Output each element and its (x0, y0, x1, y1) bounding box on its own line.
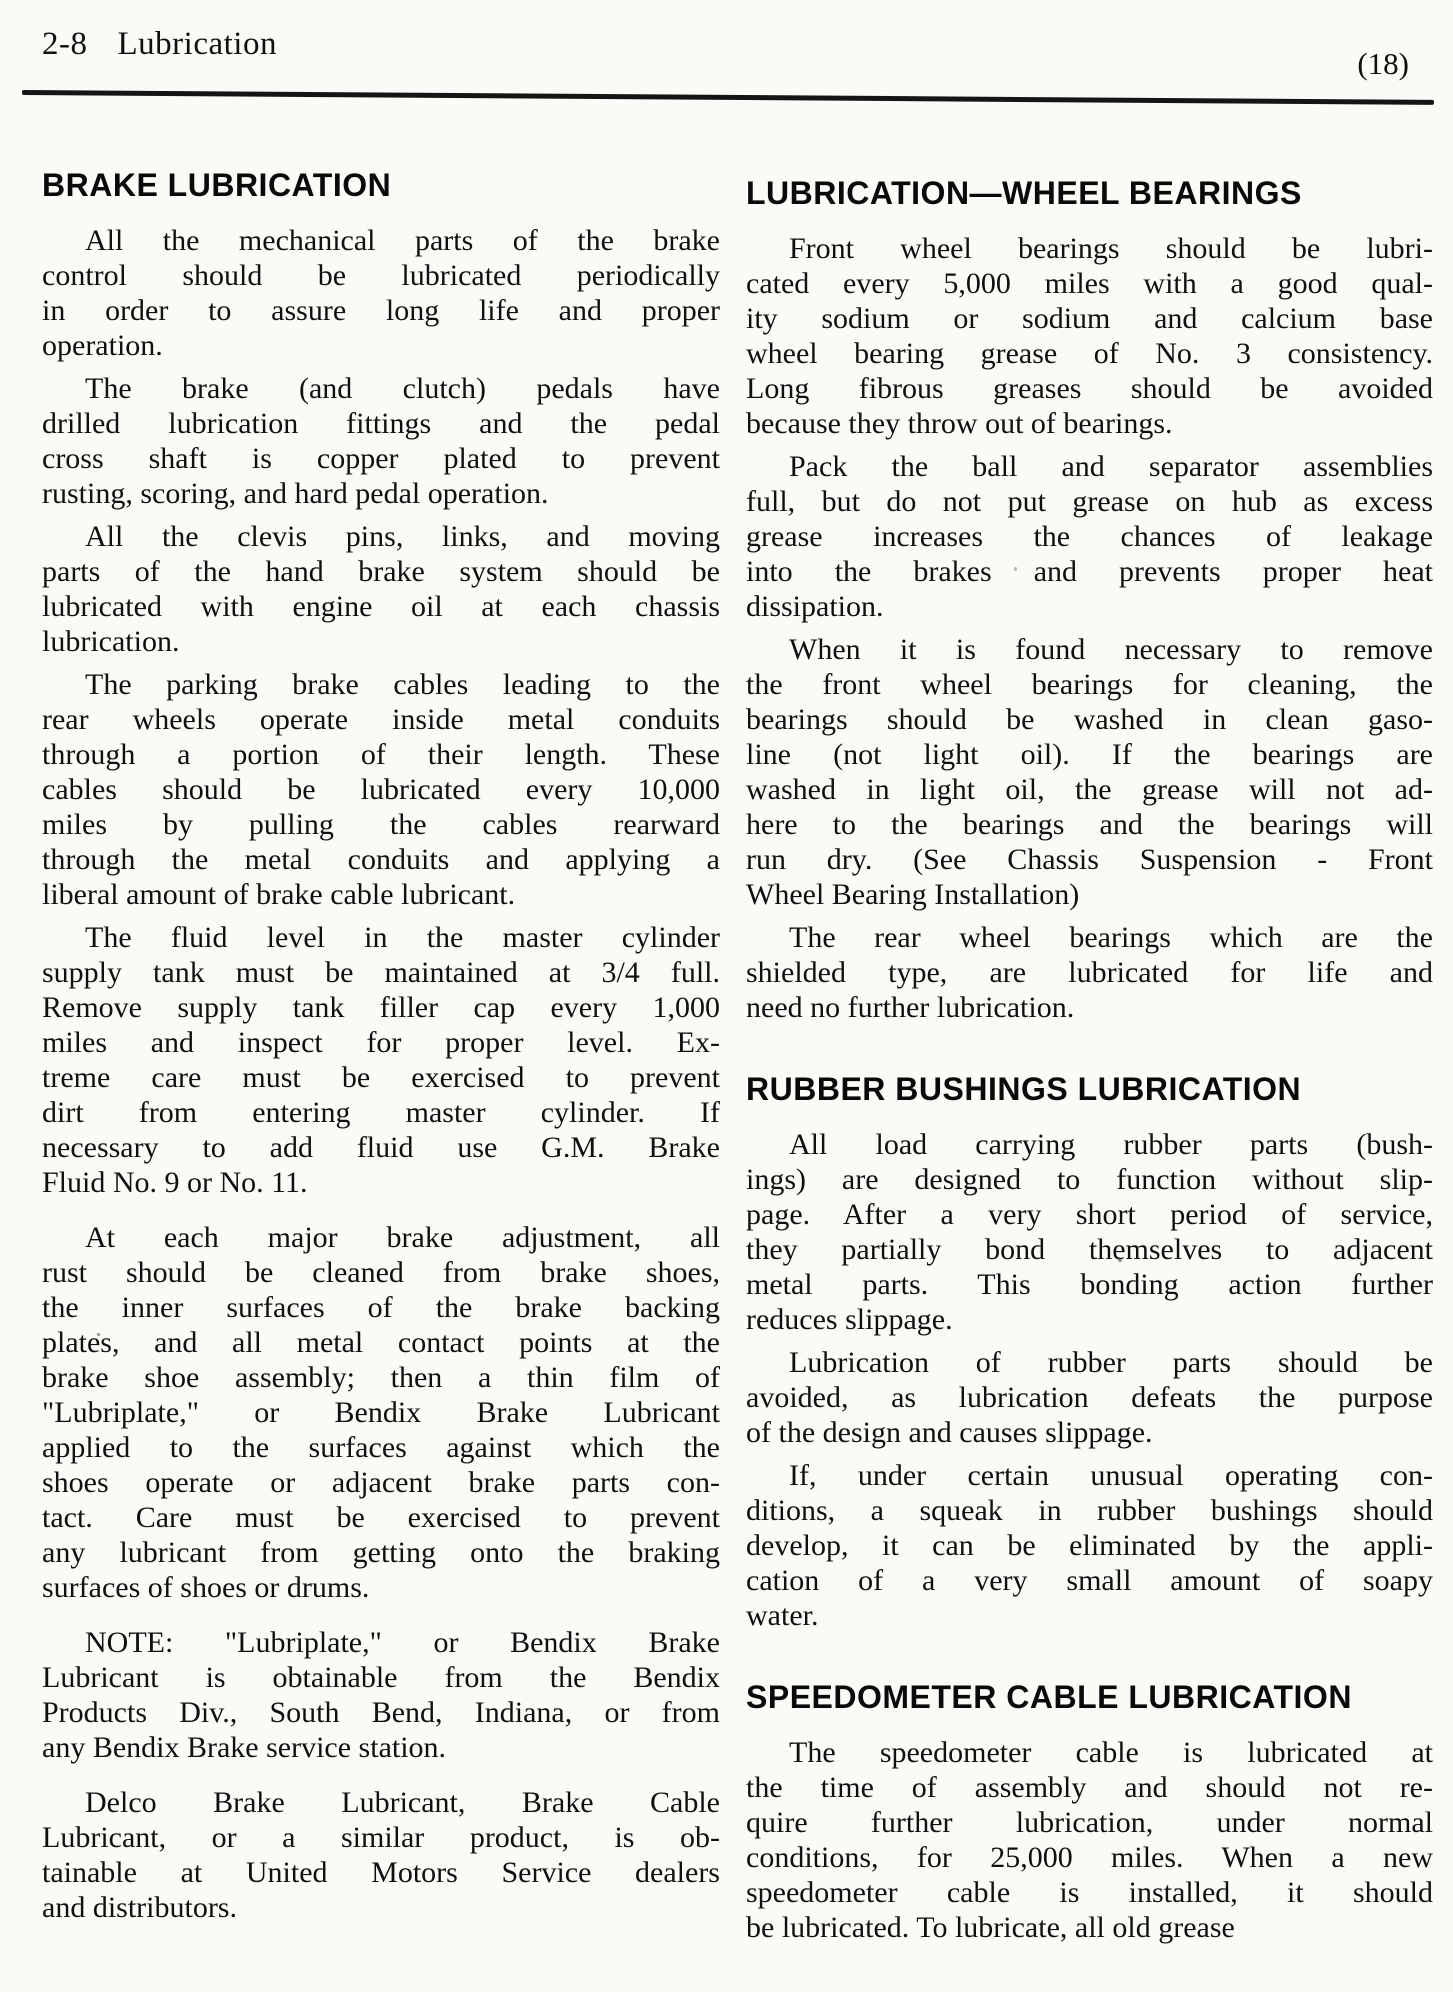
section: LUBRICATION—WHEEL BEARINGSFront wheel be… (746, 173, 1433, 1025)
text-line: be lubricated. To lubricate, all old gre… (746, 1910, 1433, 1945)
section-heading: SPEEDOMETER CABLE LUBRICATION (746, 1677, 1433, 1717)
paragraph: The rear wheel bearings which are theshi… (746, 920, 1433, 1025)
text-line: into the brakes and prevents proper heat (746, 554, 1433, 589)
text-line: Lubrication of rubber parts should be (746, 1345, 1433, 1380)
text-line: page. After a very short period of servi… (746, 1197, 1433, 1232)
text-line: miles and inspect for proper level. Ex- (42, 1025, 720, 1060)
text-line: Fluid No. 9 or No. 11. (42, 1165, 720, 1200)
text-line: the front wheel bearings for cleaning, t… (746, 667, 1433, 702)
section-heading: LUBRICATION—WHEEL BEARINGS (746, 173, 1433, 213)
text-line: wheel bearing grease of No. 3 consistenc… (746, 336, 1433, 371)
text-line: surfaces of shoes or drums. (42, 1570, 720, 1605)
text-line: need no further lubrication. (746, 990, 1433, 1025)
header-left: 2-8Lubrication (42, 26, 1413, 63)
text-line: Remove supply tank filler cap every 1,00… (42, 990, 720, 1025)
text-line: cation of a very small amount of soapy (746, 1563, 1433, 1598)
paragraph: All the clevis pins, links, and movingpa… (42, 519, 720, 659)
text-line: any Bendix Brake service station. (42, 1730, 720, 1765)
paragraph: At each major brake adjustment, allrust … (42, 1220, 720, 1605)
text-line: rusting, scoring, and hard pedal operati… (42, 476, 720, 511)
text-line: any lubricant from getting onto the brak… (42, 1535, 720, 1570)
text-line: lubrication. (42, 624, 720, 659)
text-line: rear wheels operate inside metal conduit… (42, 702, 720, 737)
paragraph: The brake (and clutch) pedals havedrille… (42, 371, 720, 511)
text-line: When it is found necessary to remove (746, 632, 1433, 667)
text-line: Lubricant, or a similar product, is ob- (42, 1820, 720, 1855)
text-line: The brake (and clutch) pedals have (42, 371, 720, 406)
text-line: "Lubriplate," or Bendix Brake Lubricant (42, 1395, 720, 1430)
section-title: Lubrication (118, 26, 277, 62)
paragraph: All load carrying rubber parts (bush-ing… (746, 1127, 1433, 1337)
text-line: operation. (42, 328, 720, 363)
paragraph: The speedometer cable is lubricated atth… (746, 1735, 1433, 1945)
paragraph: Delco Brake Lubricant, Brake CableLubric… (42, 1785, 720, 1925)
text-line: run dry. (See Chassis Suspension - Front (746, 842, 1433, 877)
text-line: If, under certain unusual operating con- (746, 1458, 1433, 1493)
paragraph: The fluid level in the master cylindersu… (42, 920, 720, 1200)
text-line: applied to the surfaces against which th… (42, 1430, 720, 1465)
text-line: The fluid level in the master cylinder (42, 920, 720, 955)
text-line: bearings should be washed in clean gaso- (746, 702, 1433, 737)
text-line: ditions, a squeak in rubber bushings sho… (746, 1493, 1433, 1528)
scan-speck (97, 1333, 100, 1336)
text-line: shoes operate or adjacent brake parts co… (42, 1465, 720, 1500)
text-line: Long fibrous greases should be avoided (746, 371, 1433, 406)
section-number: 2-8 (42, 26, 88, 62)
right-column: LUBRICATION—WHEEL BEARINGSFront wheel be… (746, 165, 1433, 1953)
text-line: the time of assembly and should not re- (746, 1770, 1433, 1805)
paragraph: When it is found necessary to removethe … (746, 632, 1433, 912)
text-line: full, but do not put grease on hub as ex… (746, 484, 1433, 519)
left-column: BRAKE LUBRICATIONAll the mechanical part… (42, 165, 720, 1953)
text-line: The parking brake cables leading to the (42, 667, 720, 702)
text-line: washed in light oil, the grease will not… (746, 772, 1433, 807)
paragraph: The parking brake cables leading to ther… (42, 667, 720, 912)
section: RUBBER BUSHINGS LUBRICATIONAll load carr… (746, 1069, 1433, 1633)
text-line: Pack the ball and separator assemblies (746, 449, 1433, 484)
text-line: through the metal conduits and applying … (42, 842, 720, 877)
text-line: ity sodium or sodium and calcium base (746, 301, 1433, 336)
text-line: The speedometer cable is lubricated at (746, 1735, 1433, 1770)
scan-speck (1014, 567, 1017, 571)
paragraph: Lubrication of rubber parts should beavo… (746, 1345, 1433, 1450)
text-line: NOTE: "Lubriplate," or Bendix Brake (42, 1625, 720, 1660)
text-line: shielded type, are lubricated for life a… (746, 955, 1433, 990)
text-line: line (not light oil). If the bearings ar… (746, 737, 1433, 772)
text-line: Lubricant is obtainable from the Bendix (42, 1660, 720, 1695)
text-line: they partially bond themselves to adjace… (746, 1232, 1433, 1267)
text-line: through a portion of their length. These (42, 737, 720, 772)
text-line: rust should be cleaned from brake shoes, (42, 1255, 720, 1290)
text-line: because they throw out of bearings. (746, 406, 1433, 441)
text-line: dirt from entering master cylinder. If (42, 1095, 720, 1130)
text-line: grease increases the chances of leakage (746, 519, 1433, 554)
section: SPEEDOMETER CABLE LUBRICATIONThe speedom… (746, 1677, 1433, 1945)
text-line: At each major brake adjustment, all (42, 1220, 720, 1255)
text-line: tact. Care must be exercised to prevent (42, 1500, 720, 1535)
page-header: 2-8Lubrication (18) (42, 26, 1413, 86)
paragraph: Front wheel bearings should be lubri-cat… (746, 231, 1433, 441)
text-line: Wheel Bearing Installation) (746, 877, 1433, 912)
text-line: Delco Brake Lubricant, Brake Cable (42, 1785, 720, 1820)
text-line: avoided, as lubrication defeats the purp… (746, 1380, 1433, 1415)
text-line: water. (746, 1598, 1433, 1633)
text-line: All the mechanical parts of the brake (42, 223, 720, 258)
text-line: liberal amount of brake cable lubricant. (42, 877, 720, 912)
text-line: speedometer cable is installed, it shoul… (746, 1875, 1433, 1910)
text-line: necessary to add fluid use G.M. Brake (42, 1130, 720, 1165)
text-line: reduces slippage. (746, 1302, 1433, 1337)
text-line: The rear wheel bearings which are the (746, 920, 1433, 955)
text-line: drilled lubrication fittings and the ped… (42, 406, 720, 441)
text-line: metal parts. This bonding action further (746, 1267, 1433, 1302)
page-content: BRAKE LUBRICATIONAll the mechanical part… (42, 165, 1433, 1953)
text-line: cross shaft is copper plated to prevent (42, 441, 720, 476)
text-line: miles by pulling the cables rearward (42, 807, 720, 842)
text-line: treme care must be exercised to prevent (42, 1060, 720, 1095)
section: BRAKE LUBRICATIONAll the mechanical part… (42, 165, 720, 1925)
text-line: brake shoe assembly; then a thin film of (42, 1360, 720, 1395)
header-rule (22, 90, 1434, 105)
text-line: Front wheel bearings should be lubri- (746, 231, 1433, 266)
text-line: of the design and causes slippage. (746, 1415, 1433, 1450)
scan-speck (1118, 1258, 1122, 1262)
text-line: and distributors. (42, 1890, 720, 1925)
text-line: dissipation. (746, 589, 1433, 624)
text-line: conditions, for 25,000 miles. When a new (746, 1840, 1433, 1875)
text-line: cables should be lubricated every 10,000 (42, 772, 720, 807)
paragraph: NOTE: "Lubriplate," or Bendix BrakeLubri… (42, 1625, 720, 1765)
text-line: Products Div., South Bend, Indiana, or f… (42, 1695, 720, 1730)
text-line: All the clevis pins, links, and moving (42, 519, 720, 554)
text-line: tainable at United Motors Service dealer… (42, 1855, 720, 1890)
text-line: control should be lubricated periodicall… (42, 258, 720, 293)
text-line: develop, it can be eliminated by the app… (746, 1528, 1433, 1563)
text-line: parts of the hand brake system should be (42, 554, 720, 589)
text-line: cated every 5,000 miles with a good qual… (746, 266, 1433, 301)
text-line: plates, and all metal contact points at … (42, 1325, 720, 1360)
section-heading: RUBBER BUSHINGS LUBRICATION (746, 1069, 1433, 1109)
paragraph: If, under certain unusual operating con-… (746, 1458, 1433, 1633)
section-heading: BRAKE LUBRICATION (42, 165, 720, 205)
text-line: the inner surfaces of the brake backing (42, 1290, 720, 1325)
page-number: (18) (1357, 46, 1409, 82)
text-line: here to the bearings and the bearings wi… (746, 807, 1433, 842)
text-line: ings) are designed to function without s… (746, 1162, 1433, 1197)
paragraph: All the mechanical parts of the brakecon… (42, 223, 720, 363)
text-line: supply tank must be maintained at 3/4 fu… (42, 955, 720, 990)
text-line: All load carrying rubber parts (bush- (746, 1127, 1433, 1162)
text-line: in order to assure long life and proper (42, 293, 720, 328)
text-line: quire further lubrication, under normal (746, 1805, 1433, 1840)
paragraph: Pack the ball and separator assembliesfu… (746, 449, 1433, 624)
text-line: lubricated with engine oil at each chass… (42, 589, 720, 624)
